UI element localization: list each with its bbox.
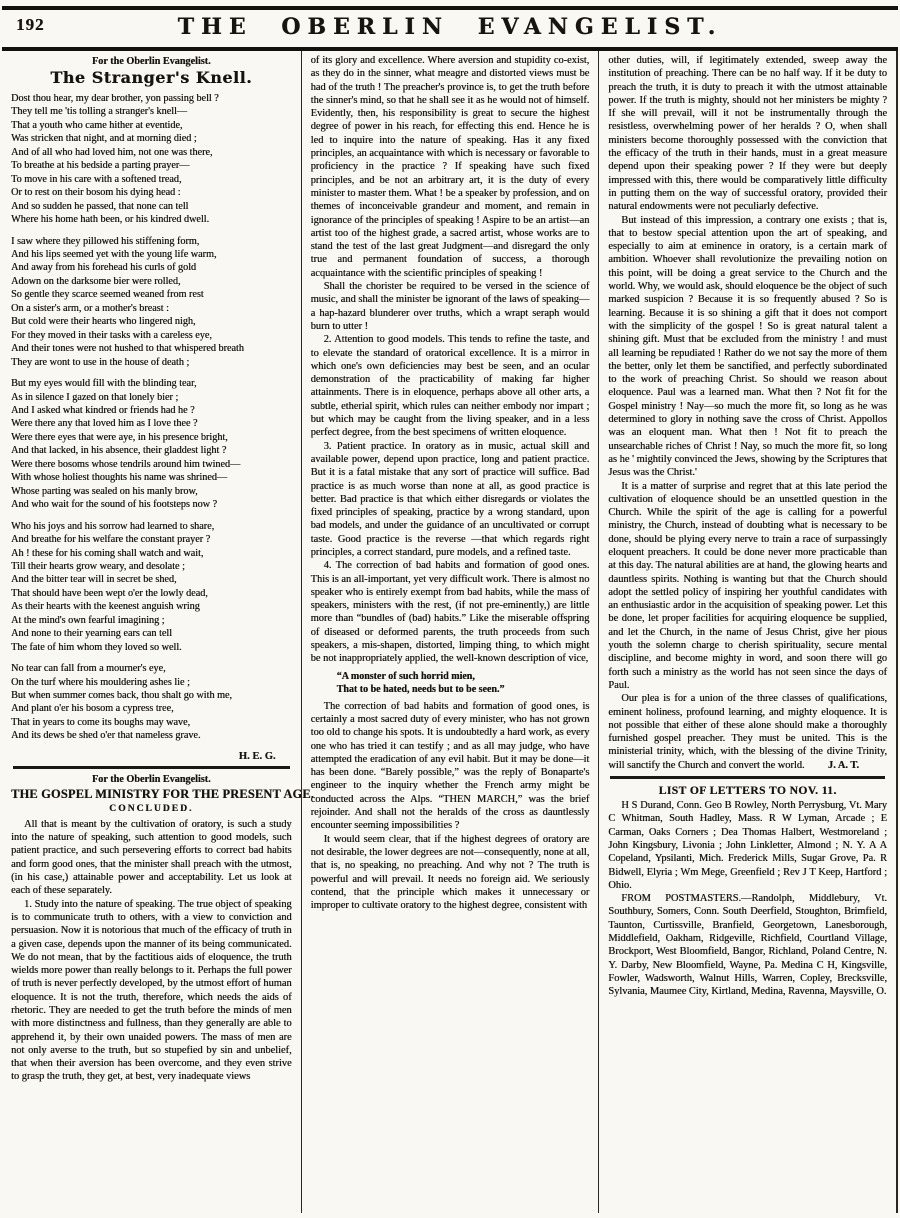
article-paragraph: But instead of this impression, a contra… — [608, 214, 887, 480]
poem-line: No tear can fall from a mourner's eye, — [11, 662, 292, 675]
article-paragraph: The correction of bad habits and formati… — [311, 700, 590, 833]
poem-line: And who wait for the sound of his footst… — [11, 498, 292, 511]
page-number: 192 — [16, 15, 45, 35]
poem-line: Were there any that loved him as I love … — [11, 417, 292, 430]
poem-line: And breathe for his welfare the constant… — [11, 533, 292, 546]
columns-area: For the Oberlin Evangelist. The Stranger… — [2, 51, 898, 1213]
poem-line: Ah ! these for his coming shall watch an… — [11, 547, 292, 560]
article-paragraph: “A monster of such horrid mien, That to … — [337, 670, 590, 696]
poem-line: Who his joys and his sorrow had learned … — [11, 520, 292, 533]
poem-line: They tell me 'tis tolling a stranger's k… — [11, 105, 292, 118]
letters-list-body: H S Durand, Conn. Geo B Rowley, North Pe… — [608, 799, 887, 892]
article-paragraph: 3. Patient practice. In oratory as in mu… — [311, 440, 590, 560]
poem-line: That should have been wept o'er the lowl… — [11, 587, 292, 600]
poem-line: But cold were their hearts who lingered … — [11, 315, 292, 328]
poem-line: And of all who had loved him, not one wa… — [11, 146, 292, 159]
masthead-title: THE OBERLIN EVANGELIST. — [0, 11, 900, 40]
top-rule — [2, 6, 898, 10]
poem-line: With whose holiest thoughts his name was… — [11, 471, 292, 484]
letters-list-title: LIST OF LETTERS TO NOV. 11. — [608, 784, 887, 797]
poem-line: On a sister's arm, or a mother's breast … — [11, 302, 292, 315]
poem-line: And I asked what kindred or friends had … — [11, 404, 292, 417]
poem-line: That a youth who came hither at eventide… — [11, 119, 292, 132]
poem-line: And away from his forehead his curls of … — [11, 261, 292, 274]
contribution-line: For the Oberlin Evangelist. — [11, 774, 292, 785]
article-body-col2: of its glory and excellence. Where avers… — [311, 54, 590, 912]
poem-line: For they moved in their tasks with a car… — [11, 329, 292, 342]
poem-line: And that lacked, in his absence, their g… — [11, 444, 292, 457]
poem-line: Till their hearts grow weary, and desola… — [11, 560, 292, 573]
poem-line: As their hearts with the keenest anguish… — [11, 600, 292, 613]
section-divider-rule — [13, 766, 290, 769]
article-paragraph: of its glory and excellence. Where avers… — [311, 54, 590, 280]
poem-line: And his lips seemed yet with the young l… — [11, 248, 292, 261]
poem-line: Or to rest on their bosom his dying head… — [11, 186, 292, 199]
poem-line: At the mind's own fearful imagining ; — [11, 614, 292, 627]
column-3: other duties, will, if legitimately exte… — [598, 51, 896, 1213]
poem-line: Were there bosoms whose tendrils around … — [11, 458, 292, 471]
column-1: For the Oberlin Evangelist. The Stranger… — [2, 51, 301, 1213]
poem-line: Adown on the darksome bier were rolled, — [11, 275, 292, 288]
poem-line: Whose parting was sealed on his manly br… — [11, 485, 292, 498]
article-paragraph: 1. Study into the nature of speaking. Th… — [11, 898, 292, 1084]
article-body-col1: All that is meant by the cultivation of … — [11, 818, 292, 1084]
poem-body: Dost thou hear, my dear brother, yon pas… — [11, 92, 292, 743]
postmasters-paragraph: FROM POSTMASTERS.—Randolph, Middlebury, … — [608, 892, 887, 998]
article-paragraph: It is a matter of surprise and regret th… — [608, 480, 887, 693]
letters-list-section: H S Durand, Conn. Geo B Rowley, North Pe… — [608, 799, 887, 998]
article-paragraph: 4. The correction of bad habits and form… — [311, 559, 590, 665]
poem-stanza: Dost thou hear, my dear brother, yon pas… — [11, 92, 292, 227]
poem-line: As in silence I gazed on that lonely bie… — [11, 391, 292, 404]
poem-stanza: I saw where they pillowed his stiffening… — [11, 235, 292, 370]
poem-line: To move in his care with a softened trea… — [11, 173, 292, 186]
poem-line: And plant o'er his bosom a cypress tree, — [11, 702, 292, 715]
poem-line: And its dews be shed o'er that nameless … — [11, 729, 292, 742]
poem-line: Where his home hath been, or his kindred… — [11, 213, 292, 226]
poem-line: But my eyes would fill with the blinding… — [11, 377, 292, 390]
article-subtitle: CONCLUDED. — [11, 803, 292, 814]
article-body-col3: other duties, will, if legitimately exte… — [608, 54, 887, 772]
poem-line: That in years to come its boughs may wav… — [11, 716, 292, 729]
article-title: THE GOSPEL MINISTRY FOR THE PRESENT AGE. — [11, 787, 292, 802]
article-paragraph: other duties, will, if legitimately exte… — [608, 54, 887, 214]
poem-line: And so sudden he passed, that none can t… — [11, 200, 292, 213]
poem-line: And the bitter tear will in secret be sh… — [11, 573, 292, 586]
poem-line: They are wont to use in the house of dea… — [11, 356, 292, 369]
section-divider-rule — [610, 776, 885, 779]
poem-line: So gentle they scarce seemed weaned from… — [11, 288, 292, 301]
article-paragraph: Shall the chorister be required to be ve… — [311, 280, 590, 333]
column-2: of its glory and excellence. Where avers… — [301, 51, 599, 1213]
contribution-line: For the Oberlin Evangelist. — [11, 56, 292, 67]
poem-stanza: No tear can fall from a mourner's eye,On… — [11, 662, 292, 743]
poem-line: The fate of him whom they loved so well. — [11, 641, 292, 654]
newspaper-page: 192 THE OBERLIN EVANGELIST. For the Ober… — [0, 0, 900, 1218]
poem-line: Dost thou hear, my dear brother, yon pas… — [11, 92, 292, 105]
poem-signature: H. E. G. — [11, 751, 292, 762]
poem-line: Were there eyes that were aye, in his pr… — [11, 431, 292, 444]
poem-title: The Stranger's Knell. — [11, 68, 292, 87]
poem-line: Was stricken that night, and at morning … — [11, 132, 292, 145]
article-paragraph: All that is meant by the cultivation of … — [11, 818, 292, 898]
poem-line: To breathe at his bedside a parting pray… — [11, 159, 292, 172]
poem-line: And their tones were not hushed to that … — [11, 342, 292, 355]
poem-line: And none to their yearning ears can tell — [11, 627, 292, 640]
poem-line: On the turf where his mouldering ashes l… — [11, 676, 292, 689]
poem-stanza: Who his joys and his sorrow had learned … — [11, 520, 292, 655]
article-paragraph: 2. Attention to good models. This tends … — [311, 333, 590, 439]
poem-stanza: But my eyes would fill with the blinding… — [11, 377, 292, 512]
masthead: 192 THE OBERLIN EVANGELIST. — [0, 11, 900, 45]
article-paragraph: It would seem clear, that if the highest… — [311, 833, 590, 913]
poem-line: But when summer comes back, thou shalt g… — [11, 689, 292, 702]
poem-line: I saw where they pillowed his stiffening… — [11, 235, 292, 248]
